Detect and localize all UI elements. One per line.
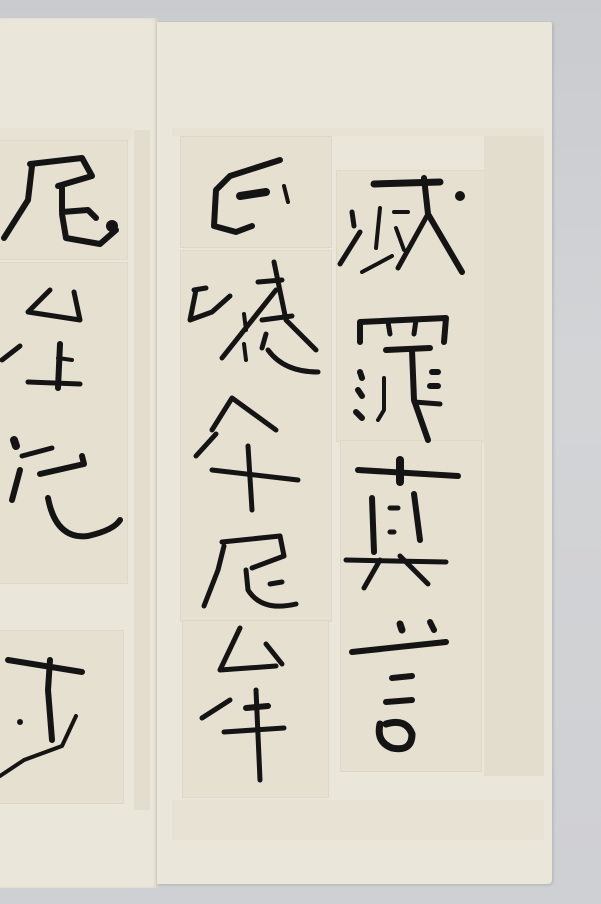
glyph-yue [214, 160, 288, 232]
glyph-ni-left-2 [12, 440, 120, 536]
glyph-mie-left [0, 660, 82, 776]
glyph-an [190, 262, 318, 372]
glyph-yan [352, 622, 446, 749]
glyph-mou-2 [202, 628, 284, 780]
glyph-mou-1 [196, 398, 298, 510]
calligraphy-characters [0, 0, 601, 904]
glyph-ni [204, 536, 296, 606]
glyph-mie [340, 178, 465, 272]
glyph-ni-left [4, 158, 118, 244]
glyph-mou-left [2, 290, 80, 388]
glyph-zhen [346, 460, 458, 588]
glyph-luo [356, 318, 446, 440]
